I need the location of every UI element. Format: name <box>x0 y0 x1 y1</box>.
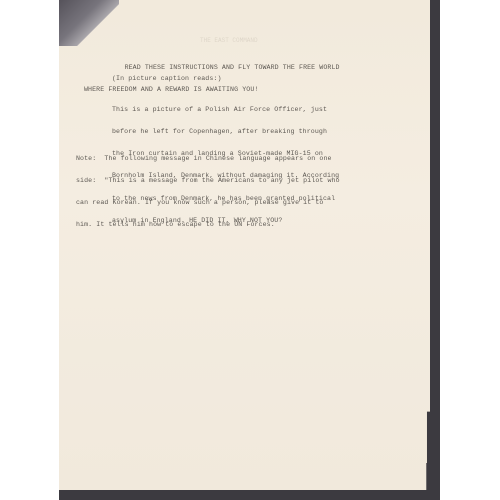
note-line: Note: The following message in Chinese l… <box>76 155 340 162</box>
caption-line: before he left for Copenhagen, after bre… <box>112 128 339 135</box>
heading-line-1: READ THESE INSTRUCTIONS AND FLY TOWARD T… <box>84 64 340 71</box>
note-line: him. It tells him how to escape to the U… <box>76 221 340 228</box>
folded-corner <box>59 0 119 46</box>
note-line: side: "This is a message from the Americ… <box>76 177 340 184</box>
note-paragraph: Note: The following message in Chinese l… <box>76 140 340 236</box>
caption-label: (In picture caption reads:) <box>112 75 222 82</box>
show-through-text: THE EAST COMMAND <box>200 37 258 44</box>
note-line: can read Korean. If you know such a pers… <box>76 199 340 206</box>
caption-line: This is a picture of a Polish Air Force … <box>112 106 339 113</box>
